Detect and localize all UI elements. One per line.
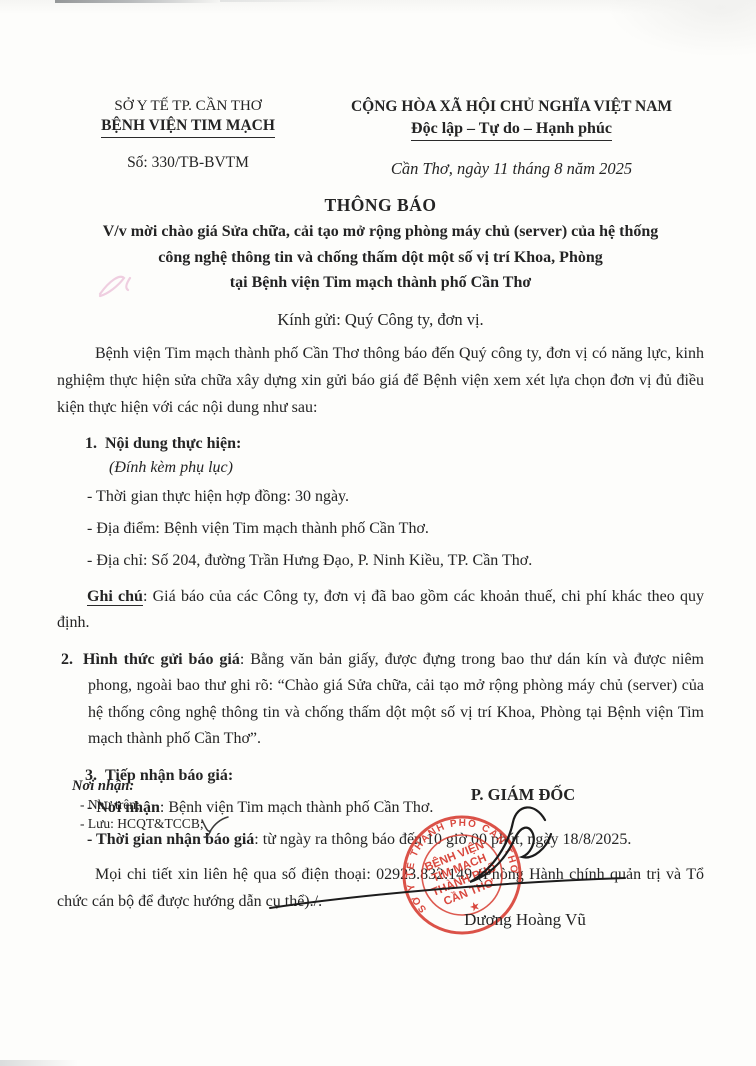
recipients-block: Nơi nhận: - Như trên; - Lưu: HCQT&TCCB; — [72, 778, 204, 832]
national-motto-line1: CỘNG HÒA XÃ HỘI CHỦ NGHĨA VIỆT NAM — [319, 96, 704, 117]
attachment-note: (Đính kèm phụ lục) — [109, 459, 704, 477]
place-dateline: Cần Thơ, ngày 11 tháng 8 năm 2025 — [319, 158, 704, 179]
handwritten-check-mark — [196, 812, 232, 840]
salutation: Kính gửi: Quý Công ty, đơn vị. — [57, 310, 704, 330]
signer-name: Dương Hoàng Vũ — [440, 910, 610, 930]
issuing-org-block: SỞ Y TẾ TP. CẦN THƠ BỆNH VIỆN TIM MẠCH S… — [57, 96, 319, 179]
section1-item-address: - Địa chỉ: Số 204, đường Trần Hưng Đạo, … — [87, 549, 704, 573]
note-label: Ghi chú — [87, 588, 143, 606]
section1-number: 1. — [85, 435, 97, 452]
parent-department: SỞ Y TẾ TP. CẦN THƠ — [57, 96, 319, 116]
scanned-document-page: SỞ Y TẾ TP. CẦN THƠ BỆNH VIỆN TIM MẠCH S… — [0, 0, 756, 1066]
subject-line-3: tại Bệnh viện Tim mạch thành phố Cần Thơ — [57, 270, 704, 296]
scan-edge-smudge — [55, 0, 220, 3]
document-subject: V/v mời chào giá Sửa chữa, cải tạo mở rộ… — [57, 219, 704, 296]
intro-paragraph: Bệnh viện Tim mạch thành phố Cần Thơ thô… — [57, 340, 704, 421]
recipients-heading: Nơi nhận: — [72, 778, 204, 794]
document-title: THÔNG BÁO — [57, 195, 704, 216]
pink-pen-mark — [90, 272, 150, 300]
section2-heading-text: Hình thức gửi báo giá — [83, 651, 240, 668]
recipients-item-2: - Lưu: HCQT&TCCB; — [80, 816, 204, 832]
scan-corner-smudge — [0, 1060, 78, 1066]
scan-edge-smudge-light — [220, 0, 340, 2]
subject-line-2: công nghệ thông tin và chống thấm dột mộ… — [57, 245, 704, 271]
section1-item-duration: - Thời gian thực hiện hợp đồng: 30 ngày. — [87, 485, 704, 509]
section1-heading: 1. Nội dung thực hiện: — [85, 432, 704, 456]
note-paragraph: Ghi chú: Giá báo của các Công ty, đơn vị… — [57, 584, 704, 636]
national-header-block: CỘNG HÒA XÃ HỘI CHỦ NGHĨA VIỆT NAM Độc l… — [319, 96, 704, 179]
section2-number: 2. — [61, 651, 83, 668]
contact-paragraph: Mọi chi tiết xin liên hệ qua số điện tho… — [57, 861, 704, 915]
note-text: : Giá báo của các Công ty, đơn vị đã bao… — [57, 588, 704, 631]
section1-item-location: - Địa điểm: Bệnh viện Tim mạch thành phố… — [87, 517, 704, 541]
section2-paragraph: 2.Hình thức gửi báo giá: Bằng văn bản gi… — [88, 647, 704, 753]
document-number: Số: 330/TB-BVTM — [57, 153, 319, 173]
national-motto-line2: Độc lập – Tự do – Hạnh phúc — [319, 118, 704, 141]
document-header: SỞ Y TẾ TP. CẦN THƠ BỆNH VIỆN TIM MẠCH S… — [57, 96, 704, 179]
section1-heading-text: Nội dung thực hiện: — [105, 435, 241, 452]
subject-line-1: V/v mời chào giá Sửa chữa, cải tạo mở rộ… — [57, 219, 704, 245]
recipients-item-1: - Như trên; — [80, 797, 204, 813]
org-name: BỆNH VIỆN TIM MẠCH — [57, 116, 319, 138]
